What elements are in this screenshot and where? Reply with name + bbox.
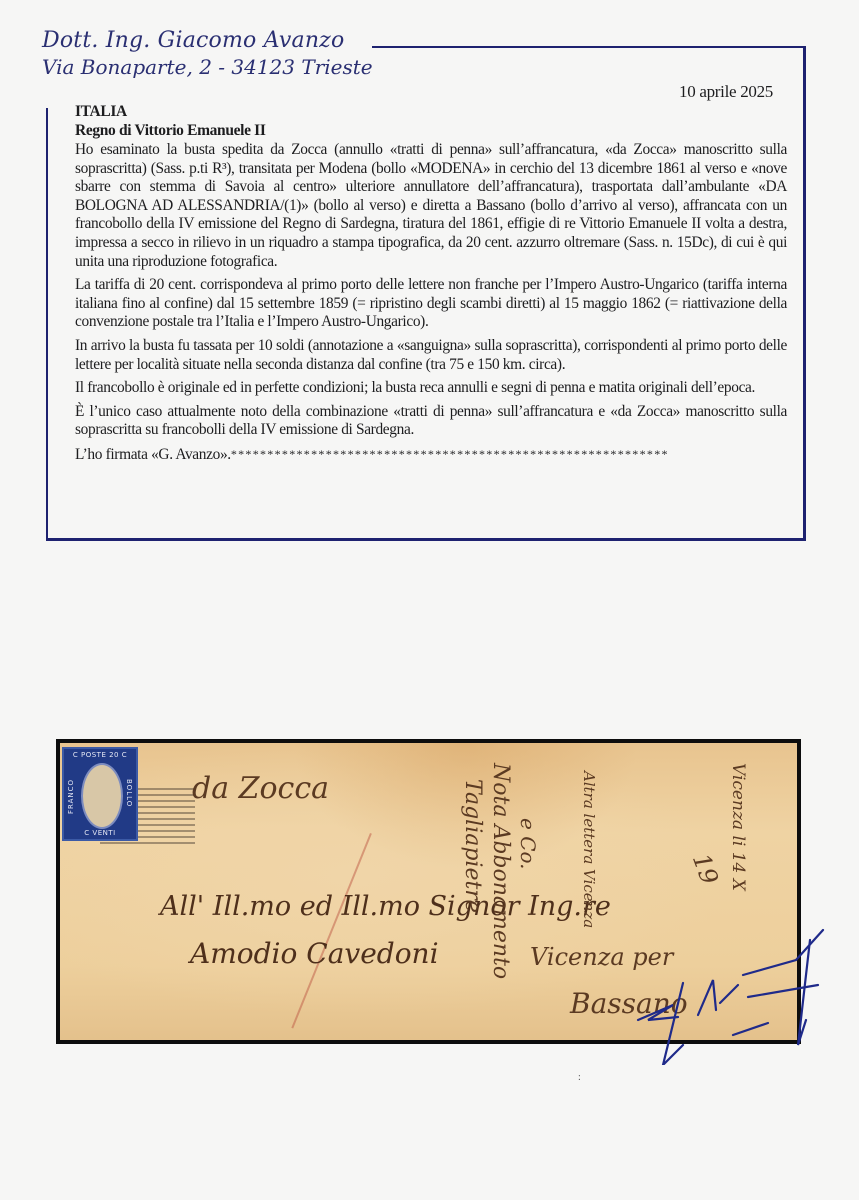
certificate-paragraph-arrival: In arrivo la busta fu tassata per 10 sol… <box>75 337 787 374</box>
handwritten-address-line1: All' Ill.mo ed Ill.mo Signor Ing.re <box>160 891 611 922</box>
handwritten-address-line2: Amodio Cavedoni <box>190 937 439 970</box>
frame-top-border <box>372 46 805 48</box>
certificate-paragraph-description: Ho esaminato la busta spedita da Zocca (… <box>75 141 787 271</box>
certificate-paragraph-condition: Il francobollo è originale ed in perfett… <box>75 379 787 398</box>
stamp-right-text: BOLLO <box>125 779 133 807</box>
stamp-bottom-text: C VENTI <box>64 829 136 837</box>
handwritten-vertical-co: e Co. <box>516 818 540 870</box>
expert-address: Via Bonaparte, 2 - 34123 Trieste <box>42 54 373 81</box>
handwritten-vertical-tagliapietre: Tagliapietre <box>460 779 485 913</box>
handwritten-vertical-altra-lettera: Altra lettera Vicenza <box>580 771 598 928</box>
frame-right-border <box>803 46 806 541</box>
stamp-20-cent-sardinia: C POSTE 20 C C VENTI FRANCO BOLLO <box>62 747 138 841</box>
certificate-body: ITALIA Regno di Vittorio Emanuele II Ho … <box>75 103 787 470</box>
star-filler: ****************************************… <box>231 447 669 461</box>
stamp-left-text: FRANCO <box>67 779 75 814</box>
frame-bottom-border <box>46 538 806 541</box>
sanguigna-tax-mark <box>291 833 372 1028</box>
handwritten-vertical-nota: Nota Abbonamento <box>488 763 513 979</box>
certificate-reign: Regno di Vittorio Emanuele II <box>75 121 787 140</box>
frame-left-border <box>46 108 48 541</box>
certificate-date: 10 aprile 2025 <box>679 82 773 102</box>
handwritten-date-mark: 19 <box>687 850 724 888</box>
signed-text: L’ho firmata «G. Avanzo». <box>75 446 231 463</box>
stray-mark: : <box>578 1072 581 1083</box>
certificate-signed-line: L’ho firmata «G. Avanzo».***************… <box>75 445 787 465</box>
certificate-paragraph-tariff: La tariffa di 20 cent. corrispondeva al … <box>75 276 787 332</box>
stamp-embossed-effigy <box>81 763 123 829</box>
expert-signature-mark <box>628 925 828 1065</box>
letterhead: Dott. Ing. Giacomo Avanzo Via Bonaparte,… <box>42 27 373 81</box>
expert-name: Dott. Ing. Giacomo Avanzo <box>42 27 373 54</box>
handwritten-origin: da Zocca <box>192 771 329 806</box>
certificate-paragraph-uniqueness: È l’unico caso attualmente noto della co… <box>75 403 787 440</box>
handwritten-vertical-date: Vicenza li 14 X <box>728 763 748 891</box>
certificate-country: ITALIA <box>75 103 787 121</box>
stamp-top-text: C POSTE 20 C <box>64 751 136 759</box>
